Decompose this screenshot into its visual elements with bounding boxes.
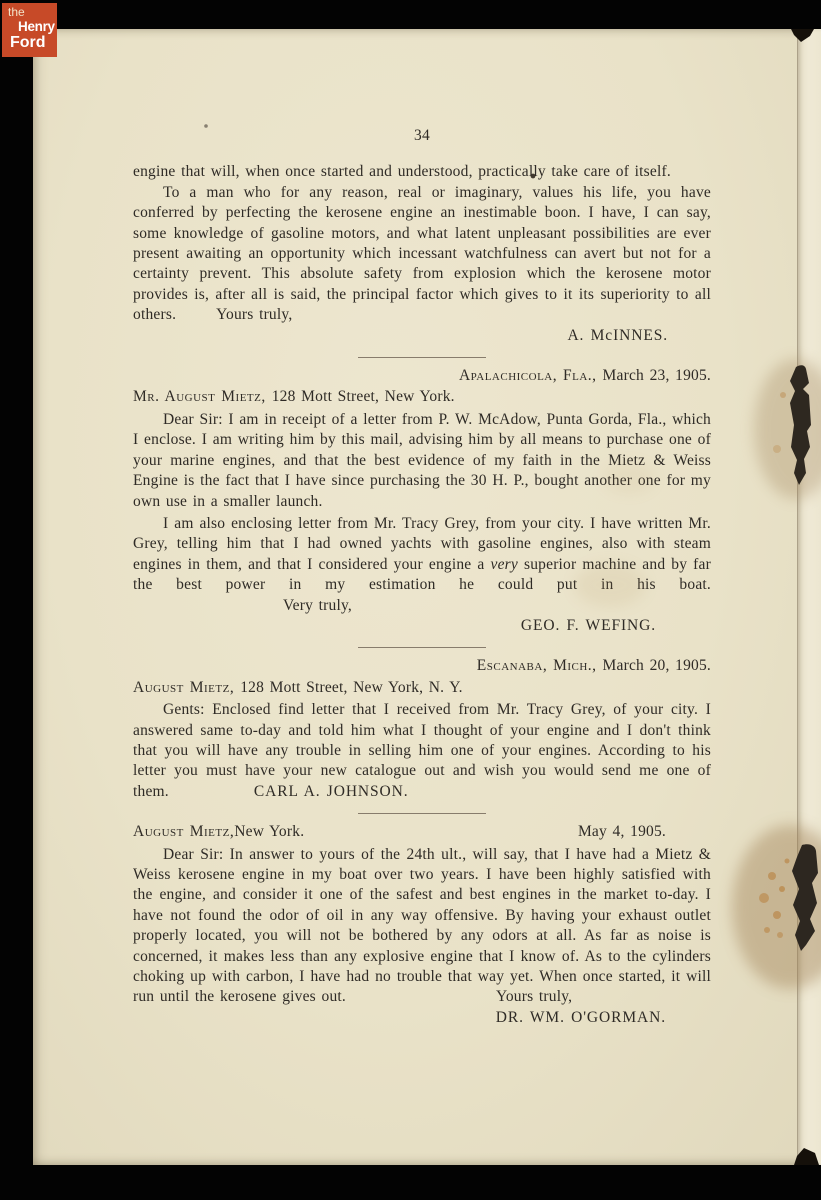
letter3-addressee-name: August Mietz, bbox=[133, 823, 234, 840]
letter2-dateline: Escanaba, Mich.,March 20, 1905. bbox=[133, 656, 711, 676]
letter3-dateline-date: May 4, 1905. bbox=[578, 822, 666, 842]
scanned-document-viewport: 34 engine that will, when once started a… bbox=[0, 0, 821, 1200]
letter2-paragraph-1: Gents: Enclosed find letter that I recei… bbox=[133, 700, 711, 802]
letter1-addressee-name: Mr. August Mietz, bbox=[133, 388, 266, 405]
letter1-paragraph-2: I am also enclosing letter from Mr. Trac… bbox=[133, 514, 711, 616]
letter1-addressee-address: 128 Mott Street, New York. bbox=[272, 388, 455, 405]
letter1-addressee: Mr. August Mietz,128 Mott Street, New Yo… bbox=[133, 387, 711, 407]
continuation-paragraph-2-text: To a man who for any reason, real or ima… bbox=[133, 184, 711, 323]
letter2-addressee-name: August Mietz, bbox=[133, 679, 234, 696]
letter2-paragraph-1-text: Gents: Enclosed find letter that I recei… bbox=[133, 701, 711, 800]
letter3-paragraph-1: Dear Sir: In answer to yours of the 24th… bbox=[133, 845, 711, 1008]
continuation-closing: Yours truly, bbox=[216, 305, 292, 325]
letter1-paragraph-1: Dear Sir: I am in receipt of a letter fr… bbox=[133, 410, 711, 512]
logo-word-ford: Ford bbox=[10, 34, 46, 52]
letter1-dateline-date: March 23, 1905. bbox=[603, 367, 711, 384]
letter3-addressee: August Mietz,New York. bbox=[133, 822, 304, 842]
section-divider-3 bbox=[358, 813, 486, 814]
book-page: 34 engine that will, when once started a… bbox=[33, 29, 821, 1165]
letter3-header: August Mietz,New York.May 4, 1905. bbox=[133, 822, 711, 842]
letter2-addressee-address: 128 Mott Street, New York, N. Y. bbox=[240, 679, 463, 696]
rust-spots bbox=[759, 392, 790, 938]
letter3-closing: Yours truly, bbox=[496, 987, 572, 1007]
signature-mcinnes: A. McINNES. bbox=[133, 326, 711, 346]
section-divider-2 bbox=[358, 647, 486, 648]
letter3-addressee-address: New York. bbox=[234, 823, 304, 840]
page-number: 34 bbox=[133, 126, 711, 146]
letter1-closing: Very truly, bbox=[283, 596, 352, 616]
continuation-paragraph-1: engine that will, when once started and … bbox=[133, 162, 711, 182]
signature-ogorman: DR. WM. O'GORMAN. bbox=[133, 1008, 711, 1028]
page-text-block: 34 engine that will, when once started a… bbox=[133, 126, 711, 1028]
letter1-dateline: Apalachicola, Fla.,March 23, 1905. bbox=[133, 366, 711, 386]
letter2-dateline-date: March 20, 1905. bbox=[603, 657, 711, 674]
logo-word-the: the bbox=[8, 5, 25, 19]
letter1-paragraph-2-italic: very bbox=[490, 556, 517, 573]
signature-wefing: GEO. F. WEFING. bbox=[133, 616, 711, 636]
letter2-addressee: August Mietz,128 Mott Street, New York, … bbox=[133, 678, 711, 698]
continuation-paragraph-2: To a man who for any reason, real or ima… bbox=[133, 183, 711, 326]
signature-johnson: CARL A. JOHNSON. bbox=[254, 782, 409, 802]
henry-ford-logo: the Henry Ford bbox=[2, 3, 57, 57]
letter1-dateline-place: Apalachicola, Fla., bbox=[459, 367, 597, 384]
logo-word-henry: Henry bbox=[18, 19, 55, 34]
page-fold-crease bbox=[797, 29, 821, 1165]
section-divider-1 bbox=[358, 357, 486, 358]
letter2-dateline-place: Escanaba, Mich., bbox=[477, 657, 597, 674]
letter3-paragraph-1-text: Dear Sir: In answer to yours of the 24th… bbox=[133, 846, 711, 1006]
